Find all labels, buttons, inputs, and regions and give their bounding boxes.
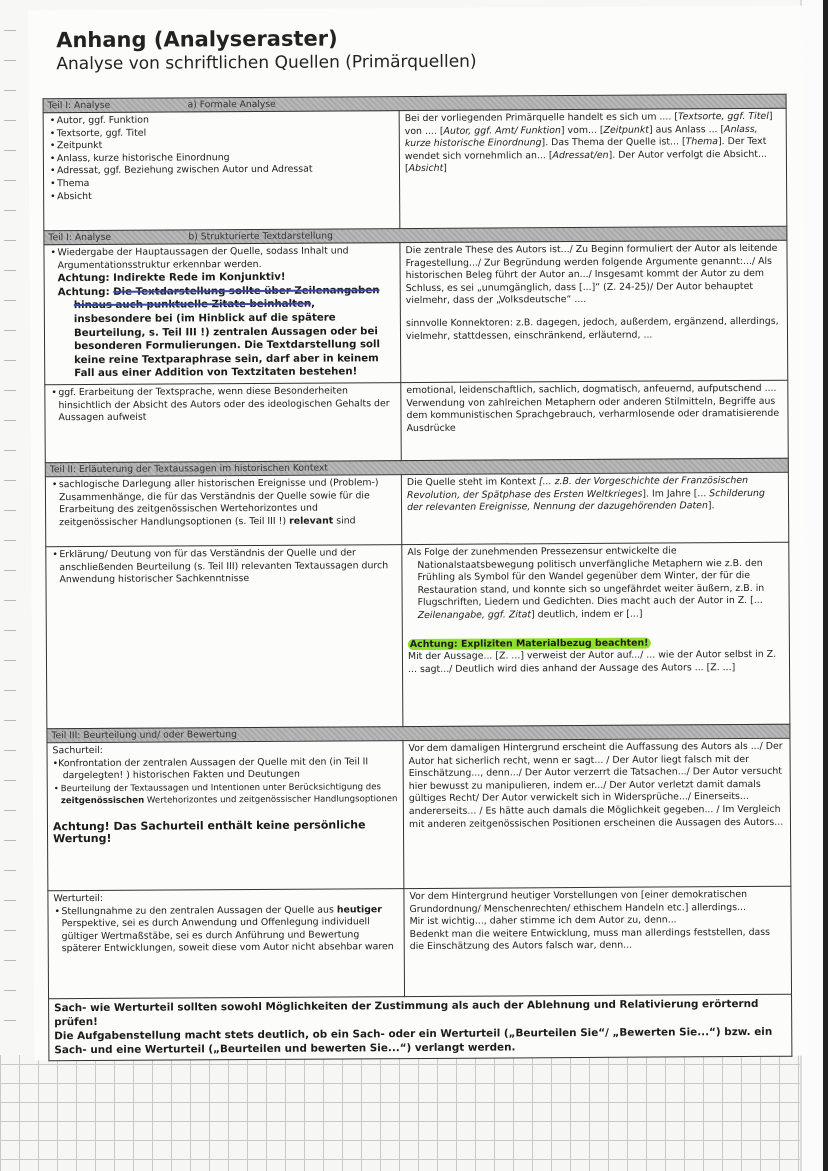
section-label: Teil I: Analyse	[48, 100, 166, 112]
language-criteria-cell: ggf. Erarbeitung der Textsprache, wenn d…	[45, 383, 401, 463]
analysis-table: Teil I: Analysea) Formale Analyse Autor,…	[43, 94, 793, 1061]
section-label: Teil III: Beurteilung und/ oder Bewertun…	[51, 729, 237, 741]
table-row: ggf. Erarbeitung der Textsprache, wenn d…	[45, 380, 788, 463]
highlighted-warning: Achtung: Expliziten Materialbezug beacht…	[408, 637, 651, 649]
table-row: Werturteil: Stellungnahme zu den zentral…	[48, 886, 792, 999]
criteria-item: •Konfrontation der zentralen Aussagen de…	[53, 756, 398, 783]
table-row: Erklärung/ Deutung von für das Verständn…	[46, 542, 790, 729]
formal-phrases-cell: Bei der vorliegenden Primärquelle handel…	[399, 108, 787, 228]
analysis-sheet: Anhang (Analyseraster) Analyse von schri…	[28, 6, 808, 1061]
section-sublabel: a) Formale Analyse	[188, 99, 276, 111]
table-row: Wiedergabe der Hauptaussagen der Quelle,…	[44, 240, 788, 384]
criteria-item: Absicht	[49, 189, 394, 204]
section-label: Teil I: Analyse	[48, 232, 166, 244]
footer-note: Sach- wie Werturteil sollten sowohl Mögl…	[49, 994, 792, 1061]
werturteil-phrases-cell: Vor dem Hintergrund heutiger Vorstellung…	[404, 886, 792, 996]
criteria-item: sachlogische Darlegung aller historische…	[51, 477, 396, 529]
section-label: Teil II: Erläuterung der Textaussagen im…	[50, 462, 328, 475]
warning-no-personal-judgement: Achtung! Das Sachurteil enthält keine pe…	[53, 819, 398, 846]
werturteil-criteria-cell: Werturteil: Stellungnahme zu den zentral…	[48, 889, 405, 999]
connectors-text: sinnvolle Konnektoren: z.B. dagegen, jed…	[406, 316, 782, 343]
table-row: Sachurteil: •Konfrontation der zentralen…	[47, 738, 791, 891]
footer-row: Sach- wie Werturteil sollten sowohl Mögl…	[49, 994, 792, 1061]
table-row: sachlogische Darlegung aller historische…	[45, 472, 788, 547]
context-phrases-cell: Die Quelle steht im Kontext [... z.B. de…	[401, 472, 788, 544]
struck-text: Die Textdarstellung sollte über Zeilenan…	[74, 285, 380, 311]
sachurteil-phrases-cell: Vor dem damaligen Hintergrund erscheint …	[403, 738, 791, 888]
margin-ticks	[0, 0, 20, 1171]
interpretation-criteria-cell: Erklärung/ Deutung von für das Verständn…	[46, 545, 403, 729]
context-criteria-cell: sachlogische Darlegung aller historische…	[45, 475, 401, 547]
language-phrases-cell: emotional, leidenschaftlich, sachlich, d…	[401, 380, 788, 460]
interpretation-phrases-cell: Als Folge der zunehmenden Pressezensur e…	[402, 542, 790, 726]
criteria-item: Wiedergabe der Hauptaussagen der Quelle,…	[49, 245, 394, 272]
sachurteil-criteria-cell: Sachurteil: •Konfrontation der zentralen…	[47, 741, 404, 891]
section-sublabel: b) Strukturierte Textdarstellung	[188, 231, 333, 243]
formal-criteria-list: Autor, ggf. FunktionTextsorte, ggf. Tite…	[49, 113, 395, 203]
criteria-item: Stellungnahme zu den zentralen Aussagen …	[53, 904, 398, 956]
structured-phrases-cell: Die zentrale These des Autors ist.../ Zu…	[400, 240, 788, 382]
criteria-item: Erklärung/ Deutung von für das Verständn…	[51, 547, 396, 587]
criteria-item: ggf. Erarbeitung der Textsprache, wenn d…	[50, 385, 395, 425]
page-title: Anhang (Analyseraster)	[56, 26, 338, 52]
warning-quotes: Achtung: Die Textdarstellung sollte über…	[58, 284, 396, 381]
page-subtitle: Analyse von schriftlichen Quellen (Primä…	[56, 52, 476, 75]
criteria-item: Beurteilung der Textaussagen und Intenti…	[53, 781, 398, 807]
table-row: Autor, ggf. FunktionTextsorte, ggf. Tite…	[43, 108, 787, 231]
formal-criteria-cell: Autor, ggf. FunktionTextsorte, ggf. Tite…	[43, 111, 400, 231]
structured-criteria-cell: Wiedergabe der Hauptaussagen der Quelle,…	[44, 243, 401, 385]
